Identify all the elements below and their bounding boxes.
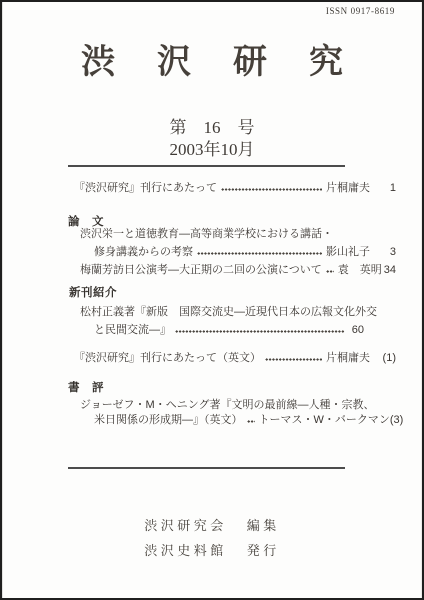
- toc-entry-author: 袁 英明: [338, 262, 382, 279]
- dot-leader: [326, 270, 334, 273]
- table-of-contents: 『渋沢研究』刊行にあたって 片桐庸夫 1 論 文 渋沢栄一と道徳教育―高等商業学…: [2, 2, 422, 598]
- toc-entry-author: 影山礼子: [326, 244, 370, 261]
- toc-section-header-new-books: 新刊紹介: [69, 285, 117, 302]
- toc-entry-page: 1: [370, 180, 396, 197]
- journal-cover-page: ISSN 0917-8619 渋沢研究 第 16 号 2003年10月 『渋沢研…: [0, 0, 424, 600]
- toc-entry-newbook-line1: 松村正義著『新版 国際交流史―近現代日本の広報文化外交: [80, 304, 377, 321]
- toc-entry-foreword: 『渋沢研究』刊行にあたって 片桐庸夫 1: [74, 180, 396, 197]
- editor-role: 編集: [247, 517, 280, 534]
- publisher-line: 渋沢史料館 発行: [2, 542, 422, 559]
- divider-bottom: [68, 467, 345, 469]
- toc-entry-page: 3: [370, 244, 396, 261]
- dot-leader: [265, 358, 322, 361]
- toc-entry-author: 片桐庸夫: [326, 180, 370, 197]
- toc-entry-article1-line1: 渋沢栄一と道徳教育―高等商業学校における講話・: [80, 226, 333, 243]
- toc-entry-author: 片桐庸夫: [326, 350, 370, 367]
- toc-entry-page: (1): [370, 350, 396, 367]
- toc-entry-title: 修身講義からの考察: [94, 244, 193, 261]
- toc-entry-author: トーマス・W・バークマン: [259, 412, 390, 429]
- toc-entry-title: と民間交流―』: [94, 322, 171, 339]
- dot-leader: [175, 330, 345, 333]
- dot-leader: [221, 188, 322, 191]
- publisher-name: 渋沢史料館: [144, 542, 227, 559]
- toc-entry-page: (3): [390, 412, 403, 429]
- toc-entry-title: 『渋沢研究』刊行にあたって: [74, 180, 217, 197]
- editor-name: 渋沢研究会: [144, 517, 227, 534]
- editor-line: 渋沢研究会 編集: [2, 517, 422, 534]
- toc-entry-title: 梅蘭芳訪日公演考―大正期の二回の公演について: [80, 262, 322, 279]
- toc-entry-foreword-english: 『渋沢研究』刊行にあたって（英文） 片桐庸夫 (1): [74, 350, 396, 367]
- toc-entry-article2: 梅蘭芳訪日公演考―大正期の二回の公演について 袁 英明 34: [80, 262, 396, 279]
- dot-leader: [247, 420, 255, 423]
- dot-leader: [197, 252, 322, 255]
- toc-entry-title: 『渋沢研究』刊行にあたって（英文）: [74, 350, 261, 367]
- publisher-role: 発行: [247, 542, 280, 559]
- toc-entry-review-line2: 米日関係の形成期―』（英文） トーマス・W・バークマン (3): [94, 412, 396, 429]
- toc-section-header-reviews: 書 評: [68, 380, 104, 397]
- toc-entry-page: 60: [349, 322, 364, 339]
- toc-entry-newbook-line2: と民間交流―』 60: [94, 322, 364, 339]
- toc-entry-article1-line2: 修身講義からの考察 影山礼子 3: [94, 244, 396, 261]
- toc-entry-page: 34: [382, 262, 396, 279]
- toc-entry-title: 米日関係の形成期―』（英文）: [94, 412, 243, 429]
